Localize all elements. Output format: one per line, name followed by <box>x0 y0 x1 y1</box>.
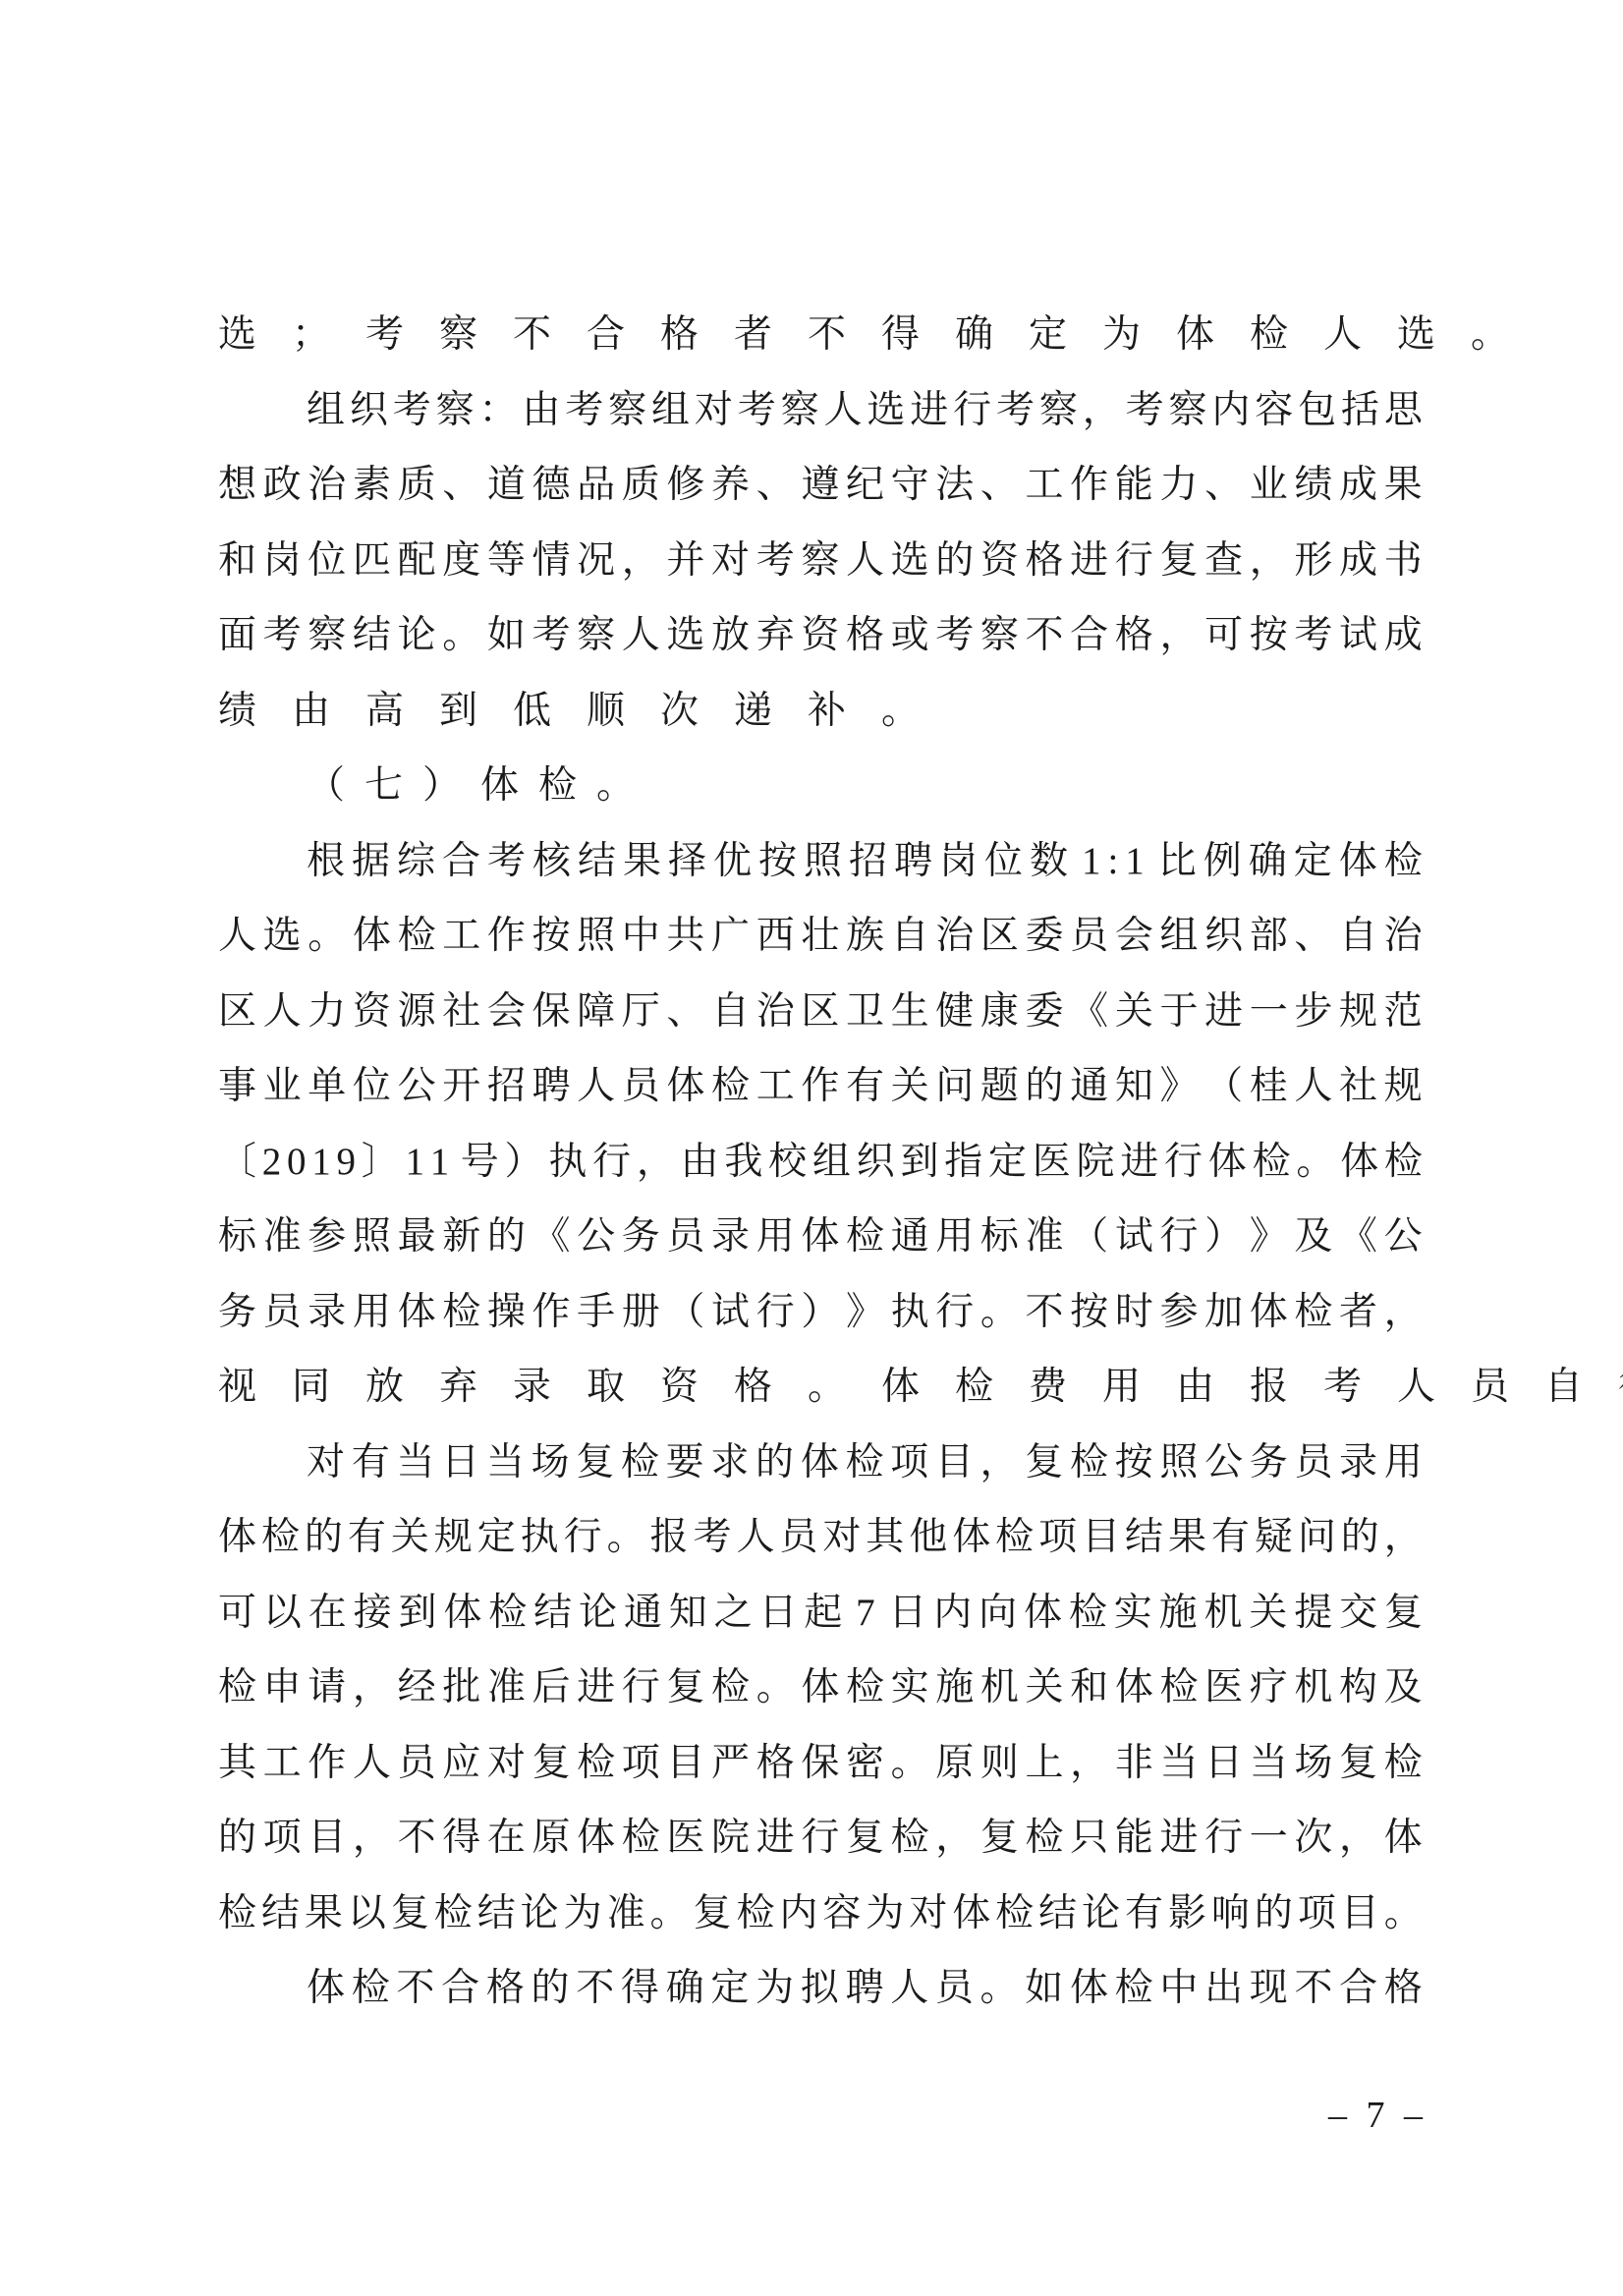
paragraph: 组织考察：由考察组对考察人选进行考察，考察内容包括思 想政治素质、道德品质修养、… <box>218 373 1423 750</box>
text-line: 想政治素质、道德品质修养、遵纪守法、工作能力、业绩成果 <box>218 448 1423 524</box>
paragraph: 根据综合考核结果择优按照招聘岗位数 1:1 比例确定体检 人选。体检工作按照中共… <box>218 824 1423 1426</box>
text-line: 〔2019〕11 号）执行，由我校组织到指定医院进行体检。体检 <box>218 1125 1423 1201</box>
text-line: 标准参照最新的《公务员录用体检通用标准（试行）》及《公 <box>218 1200 1423 1275</box>
text-line: 事业单位公开招聘人员体检工作有关问题的通知》（桂人社规 <box>218 1049 1423 1125</box>
document-page: 选；考察不合格者不得确定为体检人选。 组织考察：由考察组对考察人选进行考察，考察… <box>0 0 1623 2296</box>
text-line: 人选。体检工作按照中共广西壮族自治区委员会组织部、自治 <box>218 899 1423 975</box>
text-line: 和岗位匹配度等情况，并对考察人选的资格进行复查，形成书 <box>218 524 1423 599</box>
paragraph: 对有当日当场复检要求的体检项目，复检按照公务员录用 体检的有关规定执行。报考人员… <box>218 1426 1423 1952</box>
text-line: 根据综合考核结果择优按照招聘岗位数 1:1 比例确定体检 <box>218 824 1423 900</box>
text-line: 可以在接到体检结论通知之日起 7 日内向体检实施机关提交复 <box>218 1576 1423 1652</box>
paragraph: 选；考察不合格者不得确定为体检人选。 <box>218 298 1423 373</box>
text-line: 绩由高到低顺次递补。 <box>218 674 1423 750</box>
text-line: 其工作人员应对复检项目严格保密。原则上，非当日当场复检 <box>218 1726 1423 1802</box>
body-text: 选；考察不合格者不得确定为体检人选。 组织考察：由考察组对考察人选进行考察，考察… <box>218 298 1423 2027</box>
text-line: 的项目，不得在原体检医院进行复检，复检只能进行一次，体 <box>218 1801 1423 1876</box>
text-line: 检申请，经批准后进行复检。体检实施机关和体检医疗机构及 <box>218 1651 1423 1726</box>
paragraph: 体检不合格的不得确定为拟聘人员。如体检中出现不合格 <box>218 1951 1423 2027</box>
text-line: 选；考察不合格者不得确定为体检人选。 <box>218 298 1423 373</box>
text-line: 检结果以复检结论为准。复检内容为对体检结论有影响的项目。 <box>218 1876 1423 1952</box>
text-line: 务员录用体检操作手册（试行）》执行。不按时参加体检者， <box>218 1275 1423 1351</box>
text-line: 体检的有关规定执行。报考人员对其他体检项目结果有疑问的， <box>218 1500 1423 1576</box>
text-line: （七）体检。 <box>218 749 1423 824</box>
text-line: 对有当日当场复检要求的体检项目，复检按照公务员录用 <box>218 1426 1423 1501</box>
text-line: 区人力资源社会保障厅、自治区卫生健康委《关于进一步规范 <box>218 975 1423 1050</box>
page-number: – 7 – <box>1321 2091 1429 2140</box>
text-line: 面考察结论。如考察人选放弃资格或考察不合格，可按考试成 <box>218 598 1423 674</box>
text-line: 体检不合格的不得确定为拟聘人员。如体检中出现不合格 <box>218 1951 1423 2027</box>
section-heading: （七）体检。 <box>218 749 1423 824</box>
text-line: 组织考察：由考察组对考察人选进行考察，考察内容包括思 <box>218 373 1423 449</box>
text-line: 视同放弃录取资格。体检费用由报考人员自行负担。 <box>218 1350 1423 1426</box>
